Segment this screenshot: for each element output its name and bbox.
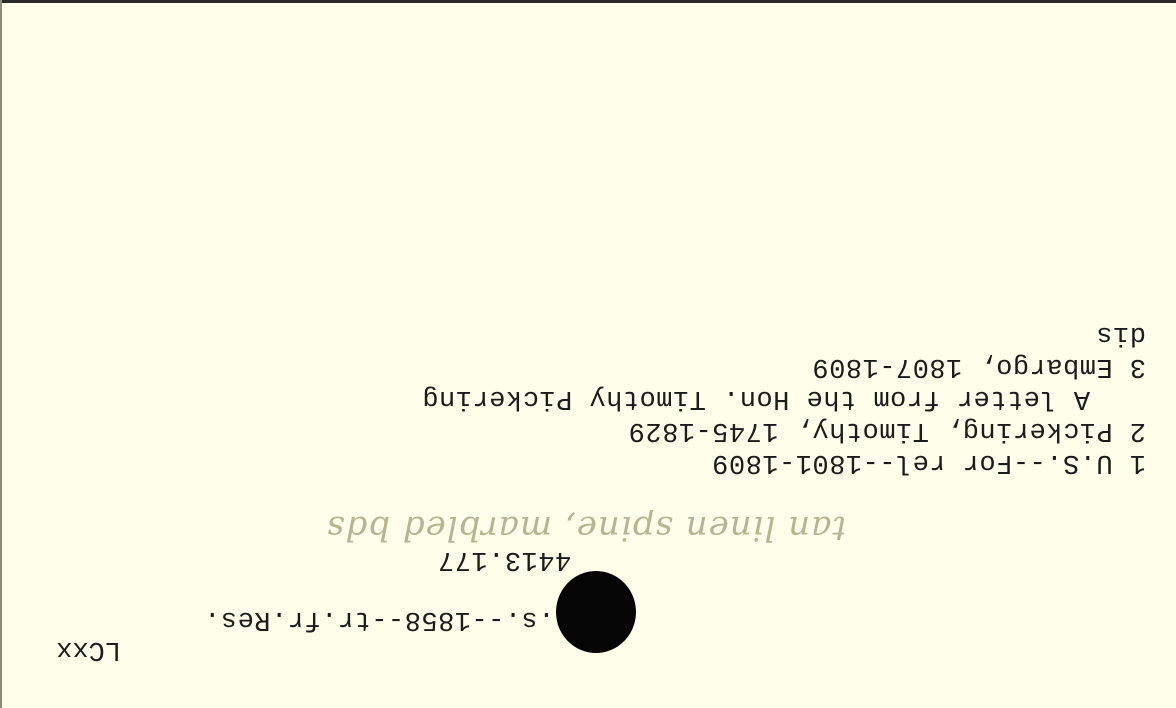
call-number-line-1: n.s.--1858--tr.fr.Res. (204, 604, 571, 634)
subject-tracings: 1 U.S.--For rel--1801-1809 2 Pickering, … (422, 318, 1146, 478)
card-edge-side (0, 0, 2, 708)
tracing-note: dis (422, 318, 1146, 350)
handwritten-note: tan linen spine, marbled bds (326, 508, 846, 548)
punch-hole (556, 571, 636, 653)
collection-code: LCxx (56, 634, 121, 664)
tracing-title: A letter from the Hon. Timothy Pickering (422, 382, 1146, 414)
card-edge-shadow (0, 0, 1176, 3)
tracing-1: 1 U.S.--For rel--1801-1809 (422, 446, 1146, 478)
tracing-3: 3 Embargo, 1807-1809 (422, 350, 1146, 382)
tracing-2: 2 Pickering, Timothy, 1745-1829 (422, 414, 1146, 446)
call-number-line-2: 4413.177 (438, 544, 572, 574)
catalog-card: n.s.--1858--tr.fr.Res. 4413.177 LCxx tan… (0, 0, 1176, 708)
